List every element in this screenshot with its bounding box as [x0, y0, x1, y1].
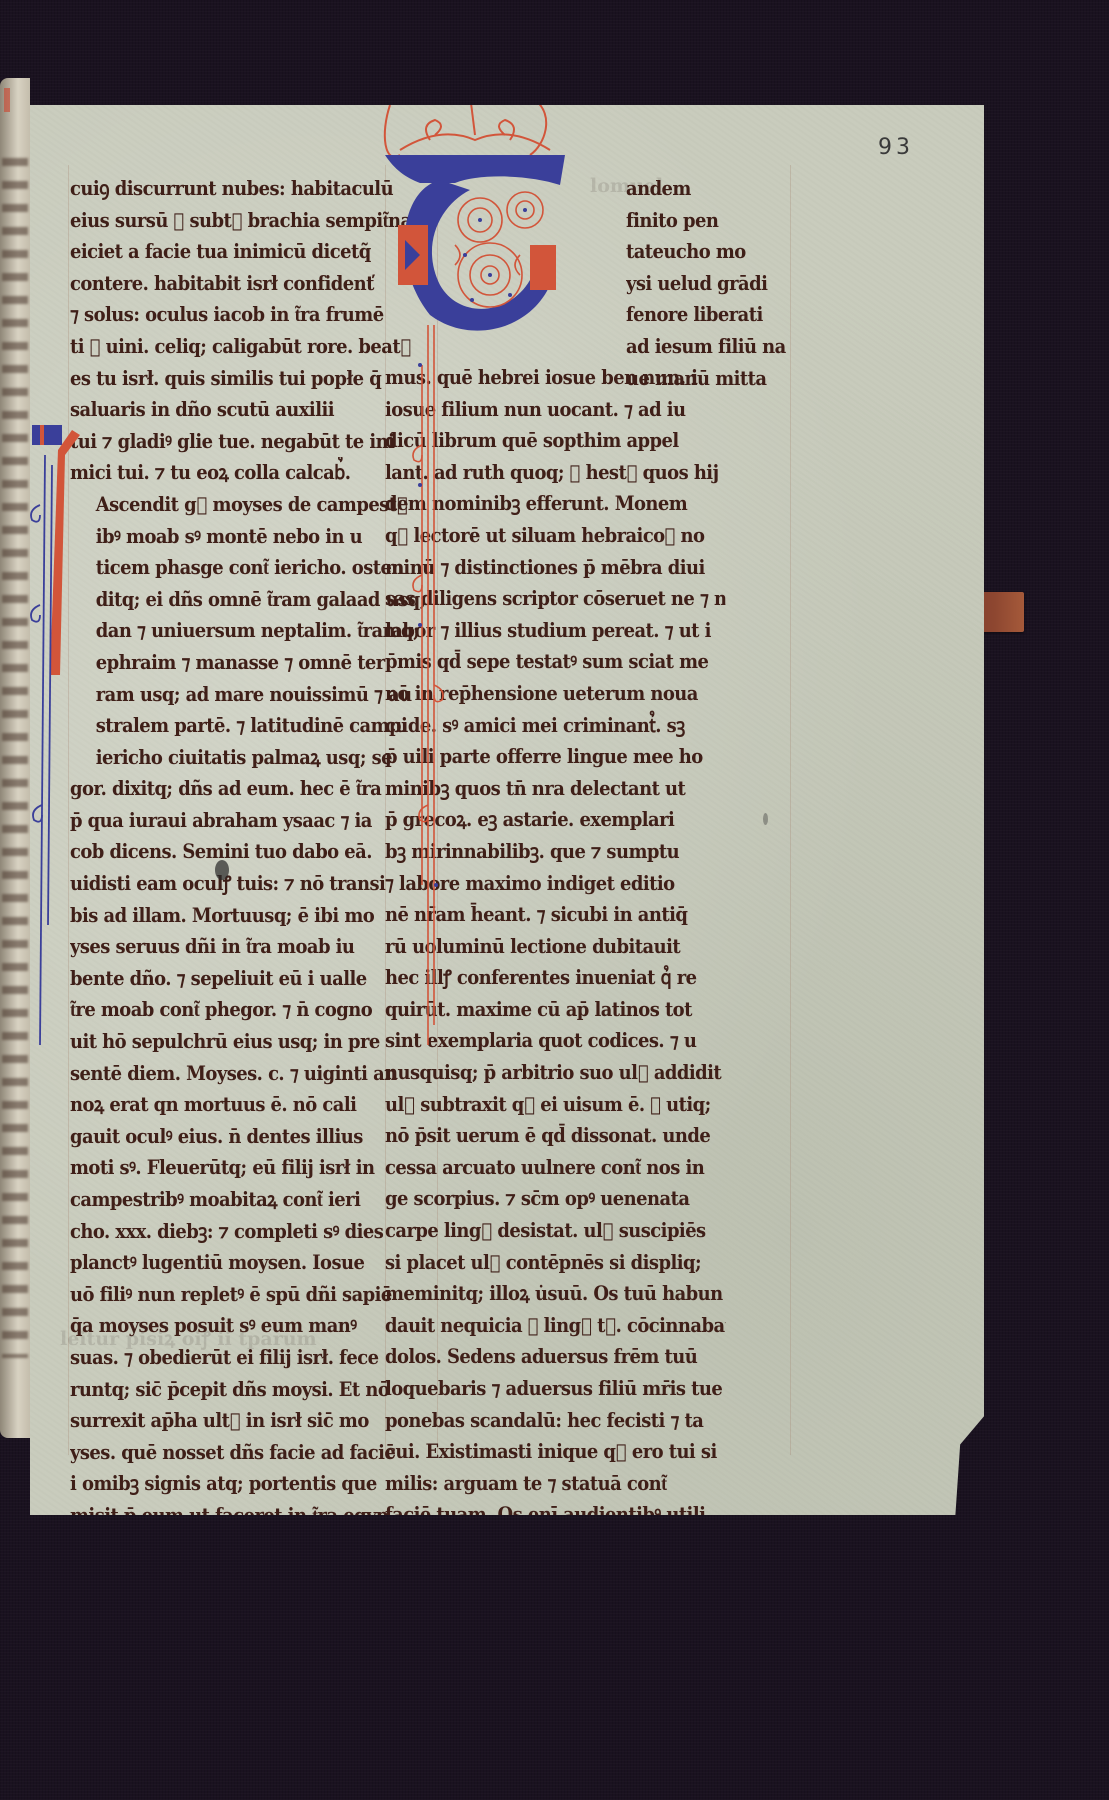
text-line: ti pharaoni ⁊ omibꝫ seruis eius.	[70, 1532, 410, 1564]
manuscript-leaf: 93 lomuel leitur pisiꝝ oiꝭ ii tparum cui…	[30, 105, 984, 1515]
text-line: noꝝ erat qn mortuus ē. nō cali	[70, 1089, 410, 1121]
text-line: i omibꝫ signis atq; portentis que	[70, 1468, 410, 1500]
text-line: ti ⁊ uini. celiq; caligabūt rore. beat᷒	[70, 331, 410, 363]
text-line: uidisti eam oculꝭ tuis: ⁊ nō transi	[70, 868, 410, 900]
text-line: Ascendit g᷒ moyses de campest᷒	[70, 489, 436, 521]
text-line: loquebaris ⁊ aduersus filiū mr̄is tue	[385, 1373, 725, 1405]
text-line: carpe ling᷒ desistat. ul᷒ suscipiēs	[385, 1215, 725, 1247]
text-line: dolos. Sedens aduersus frēm tuū	[385, 1341, 725, 1373]
text-line: saluaris in dño scutū auxilii	[70, 394, 410, 426]
text-line: q̄a moyses posuit sꝰ eum manꝰ	[70, 1310, 410, 1342]
text-line: es tu isrł. quis similis tui popłe q̄	[70, 363, 410, 395]
text-line: ad iesum filiū na	[626, 331, 810, 363]
text-line: gauit oculꝰ eius. n̄ dentes illius	[70, 1121, 410, 1153]
text-line: ponebas scandalū: hec fecisti ⁊ ta	[385, 1405, 725, 1437]
text-line: planctꝰ lugentiū moysen. Iosue	[70, 1247, 410, 1279]
decorated-initial-t-icon	[360, 95, 590, 335]
text-line: bis ad illam. Mortuusq; ē ibi mo	[70, 900, 410, 932]
decorated-initial-a-icon	[20, 425, 100, 1065]
text-line: yses seruus dñi in t͂ra moab iu	[70, 931, 410, 963]
text-line: finito pen	[626, 205, 810, 237]
text-line: cui. Existimasti inique q᷒ ero tui si	[385, 1436, 725, 1468]
text-line: ul᷒ subtraxit q᷒ ei uisum ē. ⁊ utiq;	[385, 1089, 725, 1121]
text-line: tateucho mo	[626, 236, 810, 268]
ink-blot	[215, 860, 229, 880]
specks	[763, 813, 768, 825]
text-line: surrexit ap̄ha ult᷒ in isrł sic̄ mo	[70, 1405, 410, 1437]
text-line: p̄ qua iuraui abraham ysaac ⁊ ia	[70, 805, 410, 837]
text-line: nusquisq; p̄ arbitrio suo ul᷒ addidit	[385, 1057, 725, 1089]
text-line: uit hō sepulchrū eius usq; in pre	[70, 1026, 410, 1058]
text-line: stralem partē. ⁊ latitudinē campi	[70, 710, 436, 742]
text-line: fenore liberati	[626, 299, 810, 331]
text-line: uniuerseq; t͂re illi. ⁊ cunctam manū	[70, 1563, 410, 1595]
text-line: suas. ⁊ obedierūt ei filij isrł. fece	[70, 1342, 410, 1374]
text-line: misit p̄ eum ut faceret in t͂ra egyp	[70, 1500, 410, 1532]
text-line: moyses coram uniuso isrł.	[70, 1626, 410, 1658]
text-line: cessa arcuato uulnere cont͂ nos in	[385, 1152, 725, 1184]
text-line: moti sꝰ. Fleuerūtq; eū filij isrł in	[70, 1152, 410, 1184]
text-line: uō filiꝰ nun repletꝰ ē spū dñi sapiē	[70, 1279, 410, 1311]
text-line: sit a nob ablata occasio ⁊ ecclie	[385, 1626, 725, 1658]
text-line: nō p̄sit uerum ē qd̄ dissonat. unde	[385, 1120, 725, 1152]
text-column-right-beside-initial: andemfinito pentateucho moysi uelud grād…	[626, 173, 826, 394]
text-line: ysi uelud grādi	[626, 268, 810, 300]
text-line: robustam magnaq; mirabilia q̄ fec̄	[70, 1595, 410, 1627]
text-column-left: cuiꝯ discurrunt nubes: habitaculūeius su…	[70, 173, 400, 1658]
text-line: iericho ciuitatis palmaꝝ usq; se	[70, 742, 436, 774]
text-line: cob dicens. Semini tuo dabo eā.	[70, 836, 410, 868]
text-line: calumpniādi eis ⁊ irridendi xp̄ianꝯ	[385, 1594, 725, 1626]
text-line: ditq; ei dñs omnē t͂ram galaad usq;	[70, 584, 436, 616]
text-line: tas ē nos laborando sudare ⁊ aliꝯ	[385, 1531, 725, 1563]
text-line: detrahendo laborare. Doleret iudeꝯ q᷒	[385, 1563, 725, 1595]
text-line: t͂re moab cont͂ phegor. ⁊ n̄ cogno	[70, 994, 410, 1026]
text-line: campestribꝰ moabitaꝝ cont͂ ieri	[70, 1184, 410, 1216]
text-line: dan ⁊ uniuersum neptalim. t͂ramq;	[70, 615, 436, 647]
text-line: cho. xxx. diebꝫ: ⁊ completi sꝰ dies	[70, 1216, 410, 1248]
rubric-mark	[4, 88, 10, 112]
text-line: ephraim ⁊ manasse ⁊ omnē ter	[70, 647, 436, 679]
blurred-text	[2, 158, 28, 1358]
text-line: runtq; sic̄ p̄cepit dñs moysi. Et nō	[70, 1374, 410, 1406]
text-line: ibꝰ moab sꝰ montē nebo in u	[70, 521, 436, 553]
text-line: sentē diem. Moyses. c. ⁊ uiginti an	[70, 1058, 410, 1090]
text-line: faciē tuam. Os enī audientibꝰ utili	[385, 1499, 725, 1531]
text-line: yses. quē nosset dñs facie ad faciē	[70, 1437, 410, 1469]
text-line: ticem phasge cont͂ iericho. osten	[70, 552, 436, 584]
folio-number: 93	[878, 135, 914, 160]
text-line: tui ⁊ gladiꝰ glie tue. negabūt te ini	[70, 426, 410, 458]
text-line: bente dño. ⁊ sepeliuit eū i ualle	[70, 963, 410, 995]
text-line: si placet ul᷒ contēpnēs si displiq;	[385, 1247, 725, 1279]
text-line: milis: arguam te ⁊ statuā cont͂	[385, 1468, 725, 1500]
text-line: ge scorpius. ⁊ sc̄m opꝰ uenenata	[385, 1183, 725, 1215]
text-line: gor. dixitq; dñs ad eum. hec ē t͂ra	[70, 773, 410, 805]
text-line: dauit nequicia ⁊ ling᷒ t᷒. cōcinnabat	[385, 1310, 725, 1342]
text-line: mici tui. ⁊ tu eoꝝ colla calcab᷒.	[70, 457, 410, 489]
text-line: meminitq; illoꝝ u̇suū. Os tuū habun	[385, 1278, 725, 1310]
penwork-border	[408, 325, 458, 1045]
text-line: ram usq; ad mare nouissimū ⁊ au	[70, 679, 436, 711]
previous-leaf-edge	[0, 78, 30, 1438]
text-line: andem	[626, 173, 810, 205]
